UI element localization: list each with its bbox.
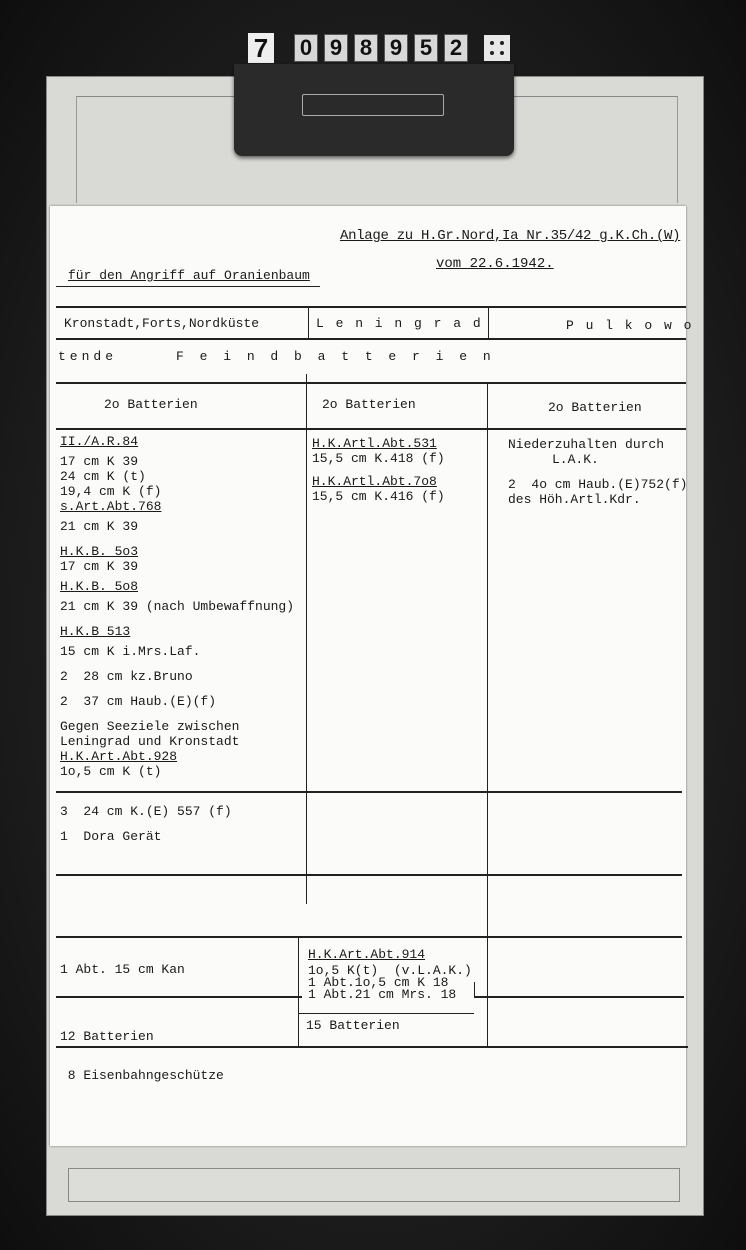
note-text: des Höh.Artl.Kdr. bbox=[508, 492, 687, 507]
counter-digit: 0 bbox=[294, 34, 318, 62]
counter-digit: 5 bbox=[414, 34, 438, 62]
sector-header-rule bbox=[56, 338, 686, 340]
frame-counter: 7 0 9 8 9 5 2 bbox=[248, 30, 510, 66]
row4-col2: H.K.Art.Abt.914 1o,5 K(t) (v.L.A.K.) 1 A… bbox=[308, 949, 472, 1001]
col-divider-1-lower bbox=[298, 936, 299, 1046]
table-top-rule bbox=[56, 306, 686, 308]
totals-col1: 12 Batterien 8 Eisenbahngeschütze bbox=[60, 1004, 224, 1108]
clip-slot bbox=[302, 94, 444, 116]
header-col-divider-2 bbox=[488, 306, 489, 338]
unit-heading: H.K.Art.Abt.928 bbox=[60, 749, 294, 764]
document-sheet: Anlage zu H.Gr.Nord,Ia Nr.35/42 g.K.Ch.(… bbox=[50, 206, 686, 1146]
sector-header-leningrad: L e n i n g r a d bbox=[316, 316, 483, 331]
total-entry: 12 Batterien bbox=[60, 1030, 224, 1043]
unit-heading: H.K.Artl.Abt.7o8 bbox=[312, 474, 445, 489]
section-title: tende F e i n d b a t t e r i e n bbox=[58, 349, 495, 364]
gun-entry: 3 24 cm K.(E) 557 (f) bbox=[60, 804, 232, 819]
total-entry: 8 Eisenbahngeschütze bbox=[60, 1069, 224, 1082]
count-kronstadt: 2o Batterien bbox=[104, 397, 198, 412]
row3-bottom-rule bbox=[56, 936, 682, 938]
gun-entry: 21 cm K 39 (nach Umbewaffnung) bbox=[60, 599, 294, 614]
gun-entry: 17 cm K 39 bbox=[60, 454, 294, 469]
counts-rule bbox=[56, 428, 686, 430]
row1-col1: II./A.R.84 17 cm K 39 24 cm K (t) 19,4 c… bbox=[60, 434, 294, 779]
gun-entry: 1 Dora Gerät bbox=[60, 829, 232, 844]
row4-bottom-rule-right bbox=[474, 996, 684, 998]
unit-heading: s.Art.Abt.768 bbox=[60, 499, 294, 514]
scan-stage: 7 0 9 8 9 5 2 Anlage zu H.Gr.Nord,Ia Nr.… bbox=[0, 0, 746, 1250]
col-divider-1 bbox=[306, 374, 307, 904]
row1-col3: Niederzuhalten durch L.A.K. 2 4o cm Haub… bbox=[508, 437, 687, 507]
counter-prefix: 7 bbox=[248, 33, 274, 63]
counter-digit: 9 bbox=[384, 34, 408, 62]
sector-header-kronstadt: Kronstadt,Forts,Nordküste bbox=[64, 316, 259, 331]
note-text: L.A.K. bbox=[508, 452, 687, 467]
row4-bottom-rule-left bbox=[56, 996, 302, 998]
col-divider-2 bbox=[487, 382, 488, 1046]
sector-header-pulkowo: P u l k o w o bbox=[566, 318, 693, 333]
unit-heading: H.K.Art.Abt.914 bbox=[308, 949, 472, 961]
row2-col1: 3 24 cm K.(E) 557 (f) 1 Dora Gerät bbox=[60, 804, 232, 844]
row1-col2: H.K.Artl.Abt.531 15,5 cm K.418 (f) H.K.A… bbox=[312, 436, 445, 504]
note-text: Gegen Seeziele zwischen bbox=[60, 719, 294, 734]
counter-digit: 8 bbox=[354, 34, 378, 62]
gun-entry: 15,5 cm K.418 (f) bbox=[312, 451, 445, 466]
gun-entry: 15 cm K i.Mrs.Laf. bbox=[60, 644, 294, 659]
totals-col2: 15 Batterien bbox=[306, 1018, 400, 1033]
count-leningrad: 2o Batterien bbox=[322, 397, 416, 412]
gun-entry: 19,4 cm K (f) bbox=[60, 484, 294, 499]
binder-clip bbox=[234, 64, 514, 156]
document-title: für den Angriff auf Oranienbaum bbox=[68, 268, 310, 283]
unit-heading: H.K.B. 5o3 bbox=[60, 544, 294, 559]
row1-bottom-rule bbox=[56, 791, 682, 793]
folder-bottom-flap bbox=[68, 1168, 680, 1202]
section-title-rule bbox=[56, 382, 686, 384]
gun-entry: 21 cm K 39 bbox=[60, 519, 294, 534]
gun-entry: 17 cm K 39 bbox=[60, 559, 294, 574]
unit-heading: H.K.B 513 bbox=[60, 624, 294, 639]
document-reference: Anlage zu H.Gr.Nord,Ia Nr.35/42 g.K.Ch.(… bbox=[340, 228, 680, 244]
header-col-divider-1 bbox=[308, 306, 309, 338]
unit-heading: II./A.R.84 bbox=[60, 434, 294, 449]
gun-entry: 2 37 cm Haub.(E)(f) bbox=[60, 694, 294, 709]
document-date: vom 22.6.1942. bbox=[436, 256, 554, 272]
gun-entry: 24 cm K (t) bbox=[60, 469, 294, 484]
title-underline bbox=[56, 286, 320, 287]
note-text: Leningrad und Kronstadt bbox=[60, 734, 294, 749]
count-pulkowo: 2o Batterien bbox=[548, 400, 642, 415]
bracket-bottom-rule bbox=[298, 1013, 474, 1014]
row4-col1: 1 Abt. 15 cm Kan bbox=[60, 962, 185, 977]
unit-heading: H.K.Artl.Abt.531 bbox=[312, 436, 445, 451]
gun-entry: 1o,5 cm K (t) bbox=[60, 764, 294, 779]
row2-bottom-rule bbox=[56, 874, 682, 876]
four-dots-icon bbox=[484, 35, 510, 61]
gun-entry: 2 4o cm Haub.(E)752(f) bbox=[508, 477, 687, 492]
unit-heading: H.K.B. 5o8 bbox=[60, 579, 294, 594]
note-text: Niederzuhalten durch bbox=[508, 437, 687, 452]
bracket-right-edge bbox=[474, 982, 475, 996]
gun-entry: 2 28 cm kz.Bruno bbox=[60, 669, 294, 684]
counter-digit: 9 bbox=[324, 34, 348, 62]
gun-entry: 15,5 cm K.416 (f) bbox=[312, 489, 445, 504]
counter-digit: 2 bbox=[444, 34, 468, 62]
gun-entry: 1 Abt.21 cm Mrs. 18 bbox=[308, 989, 472, 1001]
